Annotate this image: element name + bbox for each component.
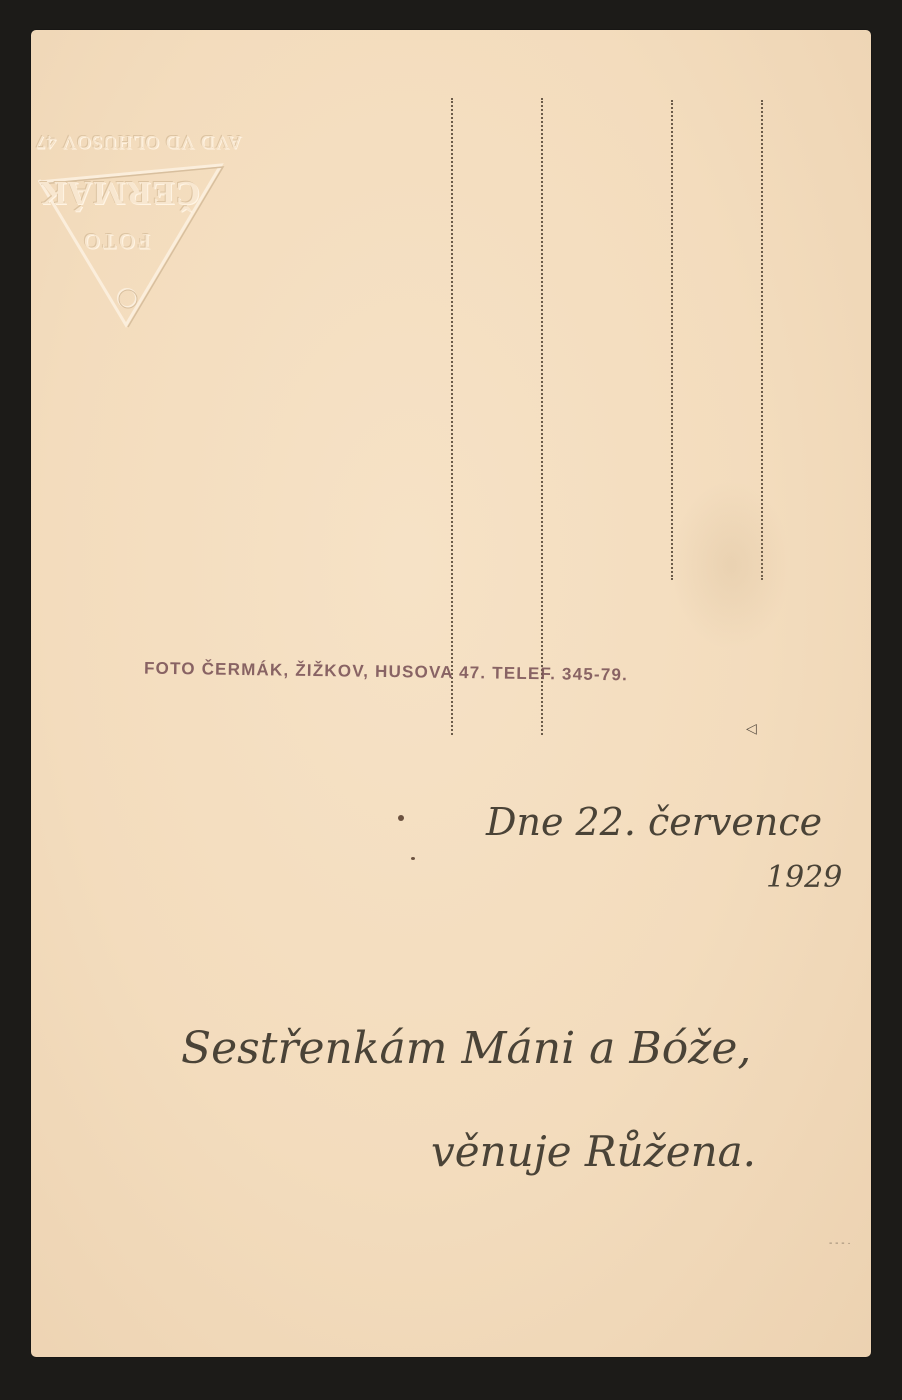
emboss-name: ČERMÁK: [39, 173, 200, 211]
emboss-label: FOTO: [81, 228, 150, 254]
dotted-line-2: [541, 98, 543, 735]
dedication-line-1: Sestřenkám Máni a Bóže,: [181, 1023, 751, 1074]
emboss-address: AVD VD OLHUSOV 47: [35, 130, 242, 152]
photographer-stamp: FOTO ČERMÁK, ŽIŽKOV, HUSOVA 47. TELEF. 3…: [144, 659, 628, 686]
triangle-mark-icon: ◁: [746, 720, 757, 737]
bottom-dashes: - - - ·: [829, 1238, 851, 1249]
handwritten-date: Dne 22. července: [486, 800, 822, 844]
postcard-back: AVD VD OLHUSOV 47 ČERMÁK FOTO FOTO ČERMÁ…: [31, 30, 871, 1357]
paper-stain: [671, 480, 791, 650]
dedication-line-2: věnuje Růžena.: [431, 1127, 756, 1176]
ink-speck: [411, 857, 415, 860]
dotted-line-1: [451, 98, 453, 735]
ink-speck: [398, 815, 404, 821]
handwritten-year: 1929: [766, 860, 842, 895]
dotted-line-3: [671, 100, 673, 580]
